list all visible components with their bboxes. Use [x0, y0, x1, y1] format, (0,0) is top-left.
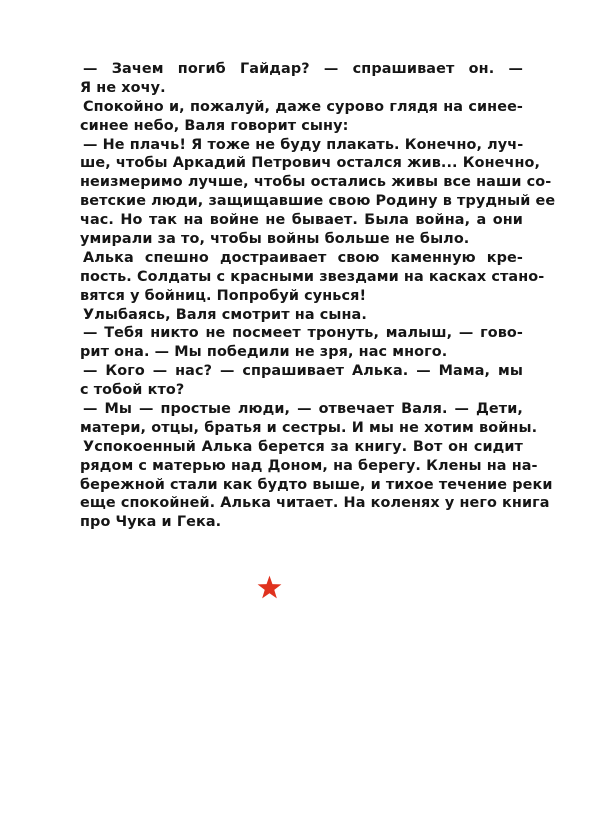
text-line: вятся у бойниц. Попробуй сунься! [80, 287, 523, 306]
text-line: час. Но так на войне не бывает. Была вой… [80, 211, 523, 230]
text-line: пость. Солдаты с красными звездами на ка… [80, 268, 523, 287]
text-line: рит она. — Мы победили не зря, нас много… [80, 343, 523, 362]
text-line: неизмеримо лучше, чтобы остались живы вс… [80, 173, 523, 192]
text-line: бережной стали как будто выше, и тихое т… [80, 476, 523, 495]
text-line: синее небо, Валя говорит сыну: [80, 117, 523, 136]
text-line: ше, чтобы Аркадий Петрович остался жив..… [80, 154, 523, 173]
text-line: про Чука и Гека. [80, 513, 523, 532]
text-line: — Кого — нас? — спрашивает Алька. — Мама… [80, 362, 523, 381]
text-line: ветские люди, защищавшие свою Родину в т… [80, 192, 523, 211]
text-line: рядом с матерью над Доном, на берегу. Кл… [80, 457, 523, 476]
text-line: — Мы — простые люди, — отвечает Валя. — … [80, 400, 523, 419]
text-line: еще спокойней. Алька читает. На коленях … [80, 494, 523, 513]
text-line: — Зачем погиб Гайдар? — спрашивает он. — [80, 60, 523, 79]
text-line: Спокойно и, пожалуй, даже сурово глядя н… [80, 98, 523, 117]
text-line: — Не плачь! Я тоже не буду плакать. Коне… [80, 136, 523, 155]
text-line: с тобой кто? [80, 381, 523, 400]
page-text: — Зачем погиб Гайдар? — спрашивает он. —… [80, 60, 523, 532]
text-line: — Тебя никто не посмеет тронуть, малыш, … [80, 324, 523, 343]
text-line: матери, отцы, братья и сестры. И мы не х… [80, 419, 523, 438]
text-line: Улыбаясь, Валя смотрит на сына. [80, 306, 523, 325]
text-line: Алька спешно достраивает свою каменную к… [80, 249, 523, 268]
text-line: Успокоенный Алька берется за книгу. Вот … [80, 438, 523, 457]
star-icon [257, 575, 282, 599]
text-line: умирали за то, чтобы войны больше не был… [80, 230, 523, 249]
text-line: Я не хочу. [80, 79, 523, 98]
star-icon-svg [257, 575, 282, 599]
